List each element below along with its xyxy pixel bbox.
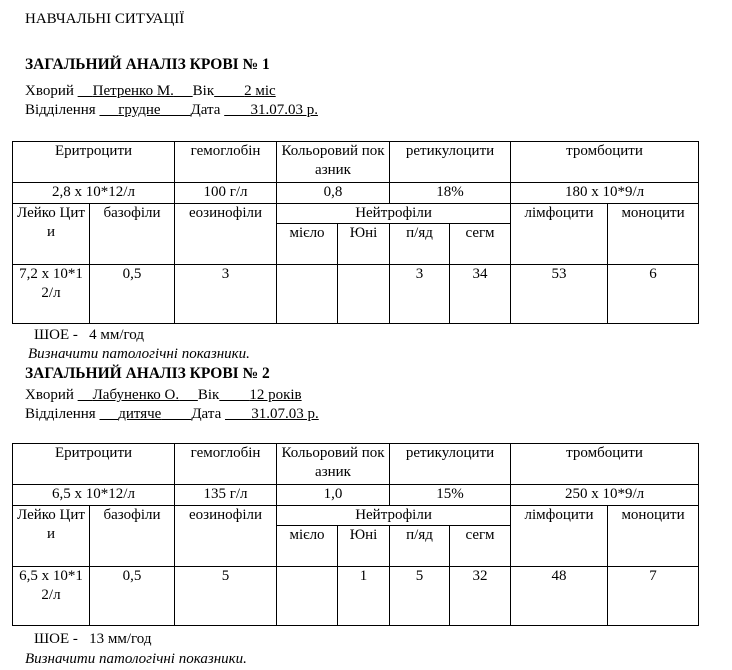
date-value: 31.07.03 р. [224, 102, 318, 118]
header-segmented: сегм [450, 224, 511, 265]
value-basophils: 0,5 [90, 265, 175, 324]
header-reticulocytes: ретикулоцити [390, 142, 511, 183]
header-basophils: базофіли [90, 204, 175, 265]
header-eosinophils: еозинофіли [175, 204, 277, 265]
date-value: 31.07.03 р. [225, 406, 319, 422]
analysis-1-task: Визначити патологічні показники. [28, 345, 250, 363]
header-lymphocytes: лімфоцити [511, 204, 608, 265]
analysis-2-department-line: Відділення дитяче Дата 31.07.03 р. [25, 405, 319, 423]
header-leukocytes: Лейко Цити [13, 204, 90, 265]
value-platelets: 180 х 10*9/л [511, 183, 699, 204]
analysis-2-table: Еритроцити гемоглобін Кольоровий показни… [12, 443, 699, 626]
patient-age: 12 років [219, 387, 301, 403]
value-juvenile [338, 265, 390, 324]
header-monocytes: моноцити [608, 204, 699, 265]
value-segmented: 34 [450, 265, 511, 324]
header-neutrophils: Нейтрофіли [277, 204, 511, 224]
value-erythrocytes: 2,8 х 10*12/л [13, 183, 175, 204]
department-label: Відділення [25, 406, 96, 422]
analysis-2-task: Визначити патологічні показники. [25, 650, 247, 668]
header-eosinophils: еозинофіли [175, 506, 277, 567]
department-value: грудне [99, 102, 190, 118]
age-label: Вік [193, 83, 214, 99]
value-lymphocytes: 53 [511, 265, 608, 324]
header-color-index: Кольоровий показник [277, 142, 390, 183]
age-label: Вік [198, 387, 219, 403]
value-leukocytes: 7,2 х 10*12/л [13, 265, 90, 324]
analysis-2-title: ЗАГАЛЬНИЙ АНАЛІЗ КРОВІ № 2 [25, 365, 270, 383]
date-label: Дата [191, 102, 221, 118]
value-myelocytes [277, 265, 338, 324]
analysis-2-patient-line: Хворий Лабуненко О. Вік 12 років [25, 386, 302, 404]
header-platelets: тромбоцити [511, 444, 699, 485]
esr-value: 4 мм/год [89, 327, 144, 343]
header-monocytes: моноцити [608, 506, 699, 567]
esr-value: 13 мм/год [89, 631, 151, 647]
esr-label: ШОЕ - [34, 631, 78, 647]
value-monocytes: 7 [608, 567, 699, 626]
header-erythrocytes: Еритроцити [13, 444, 175, 485]
header-myelocytes: мієло [277, 526, 338, 567]
value-hemoglobin: 100 г/л [175, 183, 277, 204]
value-band: 3 [390, 265, 450, 324]
patient-age: 2 міс [214, 83, 276, 99]
header-band: п/яд [390, 224, 450, 265]
analysis-1-department-line: Відділення грудне Дата 31.07.03 р. [25, 101, 318, 119]
value-platelets: 250 х 10*9/л [511, 485, 699, 506]
value-eosinophils: 5 [175, 567, 277, 626]
value-color-index: 0,8 [277, 183, 390, 204]
value-juvenile: 1 [338, 567, 390, 626]
value-erythrocytes: 6,5 х 10*12/л [13, 485, 175, 506]
value-band: 5 [390, 567, 450, 626]
analysis-1-esr: ШОЕ - 4 мм/год [34, 326, 144, 344]
department-label: Відділення [25, 102, 96, 118]
value-color-index: 1,0 [277, 485, 390, 506]
value-basophils: 0,5 [90, 567, 175, 626]
value-eosinophils: 3 [175, 265, 277, 324]
department-value: дитяче [99, 406, 191, 422]
value-lymphocytes: 48 [511, 567, 608, 626]
analysis-1-patient-line: Хворий Петренко М. Вік 2 міс [25, 82, 276, 100]
esr-label: ШОЕ - [34, 327, 78, 343]
header-reticulocytes: ретикулоцити [390, 444, 511, 485]
header-leukocytes: Лейко Цити [13, 506, 90, 567]
header-platelets: тромбоцити [511, 142, 699, 183]
header-juvenile: Юні [338, 224, 390, 265]
header-neutrophils: Нейтрофіли [277, 506, 511, 526]
header-myelocytes: мієло [277, 224, 338, 265]
value-reticulocytes: 15% [390, 485, 511, 506]
patient-label: Хворий [25, 83, 74, 99]
header-basophils: базофіли [90, 506, 175, 567]
value-segmented: 32 [450, 567, 511, 626]
patient-label: Хворий [25, 387, 74, 403]
analysis-1-title: ЗАГАЛЬНИЙ АНАЛІЗ КРОВІ № 1 [25, 56, 270, 74]
header-juvenile: Юні [338, 526, 390, 567]
value-hemoglobin: 135 г/л [175, 485, 277, 506]
header-hemoglobin: гемоглобін [175, 444, 277, 485]
header-band: п/яд [390, 526, 450, 567]
header-lymphocytes: лімфоцити [511, 506, 608, 567]
header-color-index: Кольоровий показник [277, 444, 390, 485]
value-reticulocytes: 18% [390, 183, 511, 204]
header-erythrocytes: Еритроцити [13, 142, 175, 183]
header-segmented: сегм [450, 526, 511, 567]
date-label: Дата [191, 406, 221, 422]
value-leukocytes: 6,5 х 10*12/л [13, 567, 90, 626]
page-title: НАВЧАЛЬНІ СИТУАЦІЇ [25, 10, 184, 28]
patient-name: Петренко М. [78, 83, 193, 99]
header-hemoglobin: гемоглобін [175, 142, 277, 183]
analysis-1-table: Еритроцити гемоглобін Кольоровий показни… [12, 141, 699, 324]
patient-name: Лабуненко О. [78, 387, 198, 403]
value-monocytes: 6 [608, 265, 699, 324]
analysis-2-esr: ШОЕ - 13 мм/год [34, 630, 152, 648]
value-myelocytes [277, 567, 338, 626]
